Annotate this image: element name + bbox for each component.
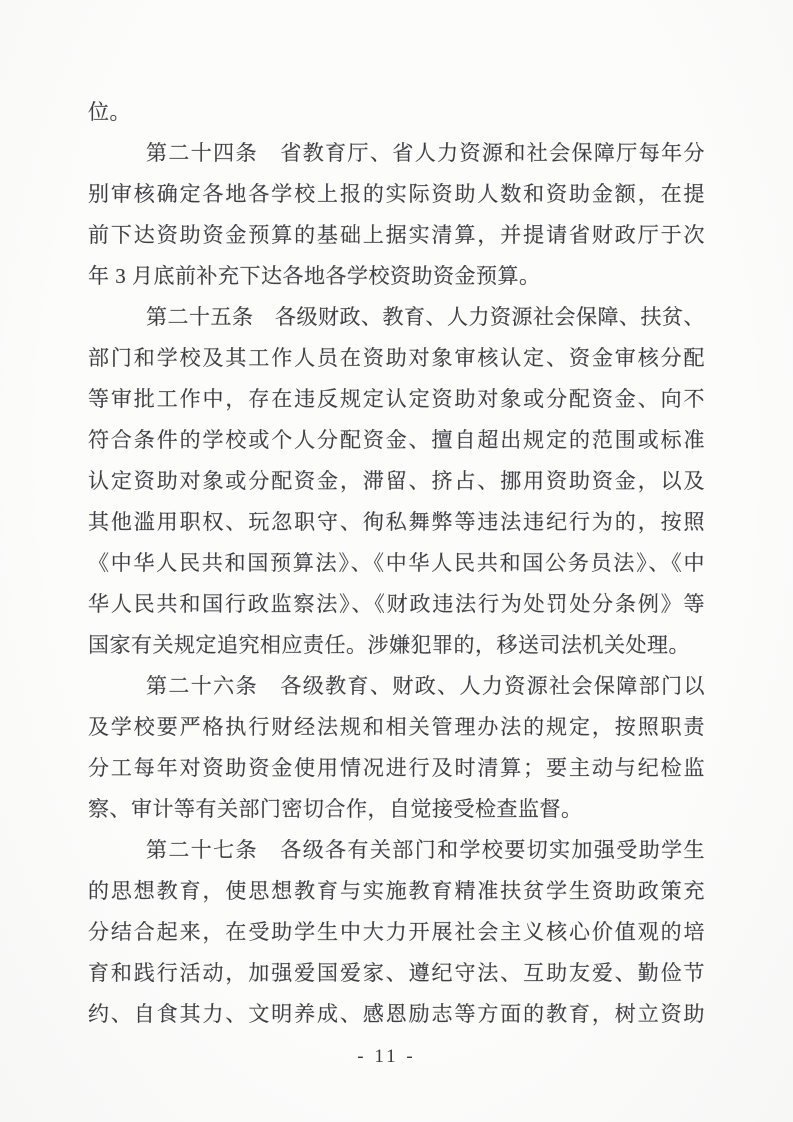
document-line: 年 3 月底前补充下达各地各学校资助资金预算。 — [88, 256, 705, 297]
document-line: 《中华人民共和国预算法》、《中华人民共和国公务员法》、《中 — [88, 543, 705, 584]
document-line: 第二十七条 各级各有关部门和学校要切实加强受助学生 — [88, 830, 705, 871]
document-line: 分工每年对资助资金使用情况进行及时清算；要主动与纪检监 — [88, 748, 705, 789]
document-line: 分结合起来，在受助学生中大力开展社会主义核心价值观的培 — [88, 912, 705, 953]
document-line: 符合条件的学校或个人分配资金、擅自超出规定的范围或标准 — [88, 420, 705, 461]
document-line: 部门和学校及其工作人员在资助对象审核认定、资金审核分配 — [88, 338, 705, 379]
document-line: 认定资助对象或分配资金，滞留、挤占、挪用资助资金，以及 — [88, 461, 705, 502]
document-line: 第二十五条 各级财政、教育、人力资源社会保障、扶贫、 — [88, 297, 705, 338]
document-line: 第二十六条 各级教育、财政、人力资源社会保障部门以 — [88, 666, 705, 707]
document-line: 位。 — [88, 92, 705, 133]
document-line: 育和践行活动，加强爱国爱家、遵纪守法、互助友爱、勤俭节 — [88, 953, 705, 994]
document-line: 的思想教育，使思想教育与实施教育精准扶贫学生资助政策充 — [88, 871, 705, 912]
document-page: 位。第二十四条 省教育厅、省人力资源和社会保障厅每年分别审核确定各地各学校上报的… — [0, 0, 793, 1122]
document-body-text: 位。第二十四条 省教育厅、省人力资源和社会保障厅每年分别审核确定各地各学校上报的… — [88, 92, 705, 1035]
document-line: 别审核确定各地各学校上报的实际资助人数和资助金额，在提 — [88, 174, 705, 215]
document-line: 及学校要严格执行财经法规和相关管理办法的规定，按照职责 — [88, 707, 705, 748]
document-line: 国家有关规定追究相应责任。涉嫌犯罪的，移送司法机关处理。 — [88, 625, 705, 666]
document-line: 华人民共和国行政监察法》、《财政违法行为处罚处分条例》等 — [88, 584, 705, 625]
document-line: 察、审计等有关部门密切合作，自觉接受检查监督。 — [88, 789, 705, 830]
document-line: 其他滥用职权、玩忽职守、徇私舞弊等违法违纪行为的，按照 — [88, 502, 705, 543]
page-number: - 11 - — [0, 1040, 773, 1074]
document-line: 约、自食其力、文明养成、感恩励志等方面的教育，树立资助 — [88, 994, 705, 1035]
document-line: 等审批工作中，存在违反规定认定资助对象或分配资金、向不 — [88, 379, 705, 420]
document-line: 前下达资助资金预算的基础上据实清算，并提请省财政厅于次 — [88, 215, 705, 256]
document-line: 第二十四条 省教育厅、省人力资源和社会保障厅每年分 — [88, 133, 705, 174]
